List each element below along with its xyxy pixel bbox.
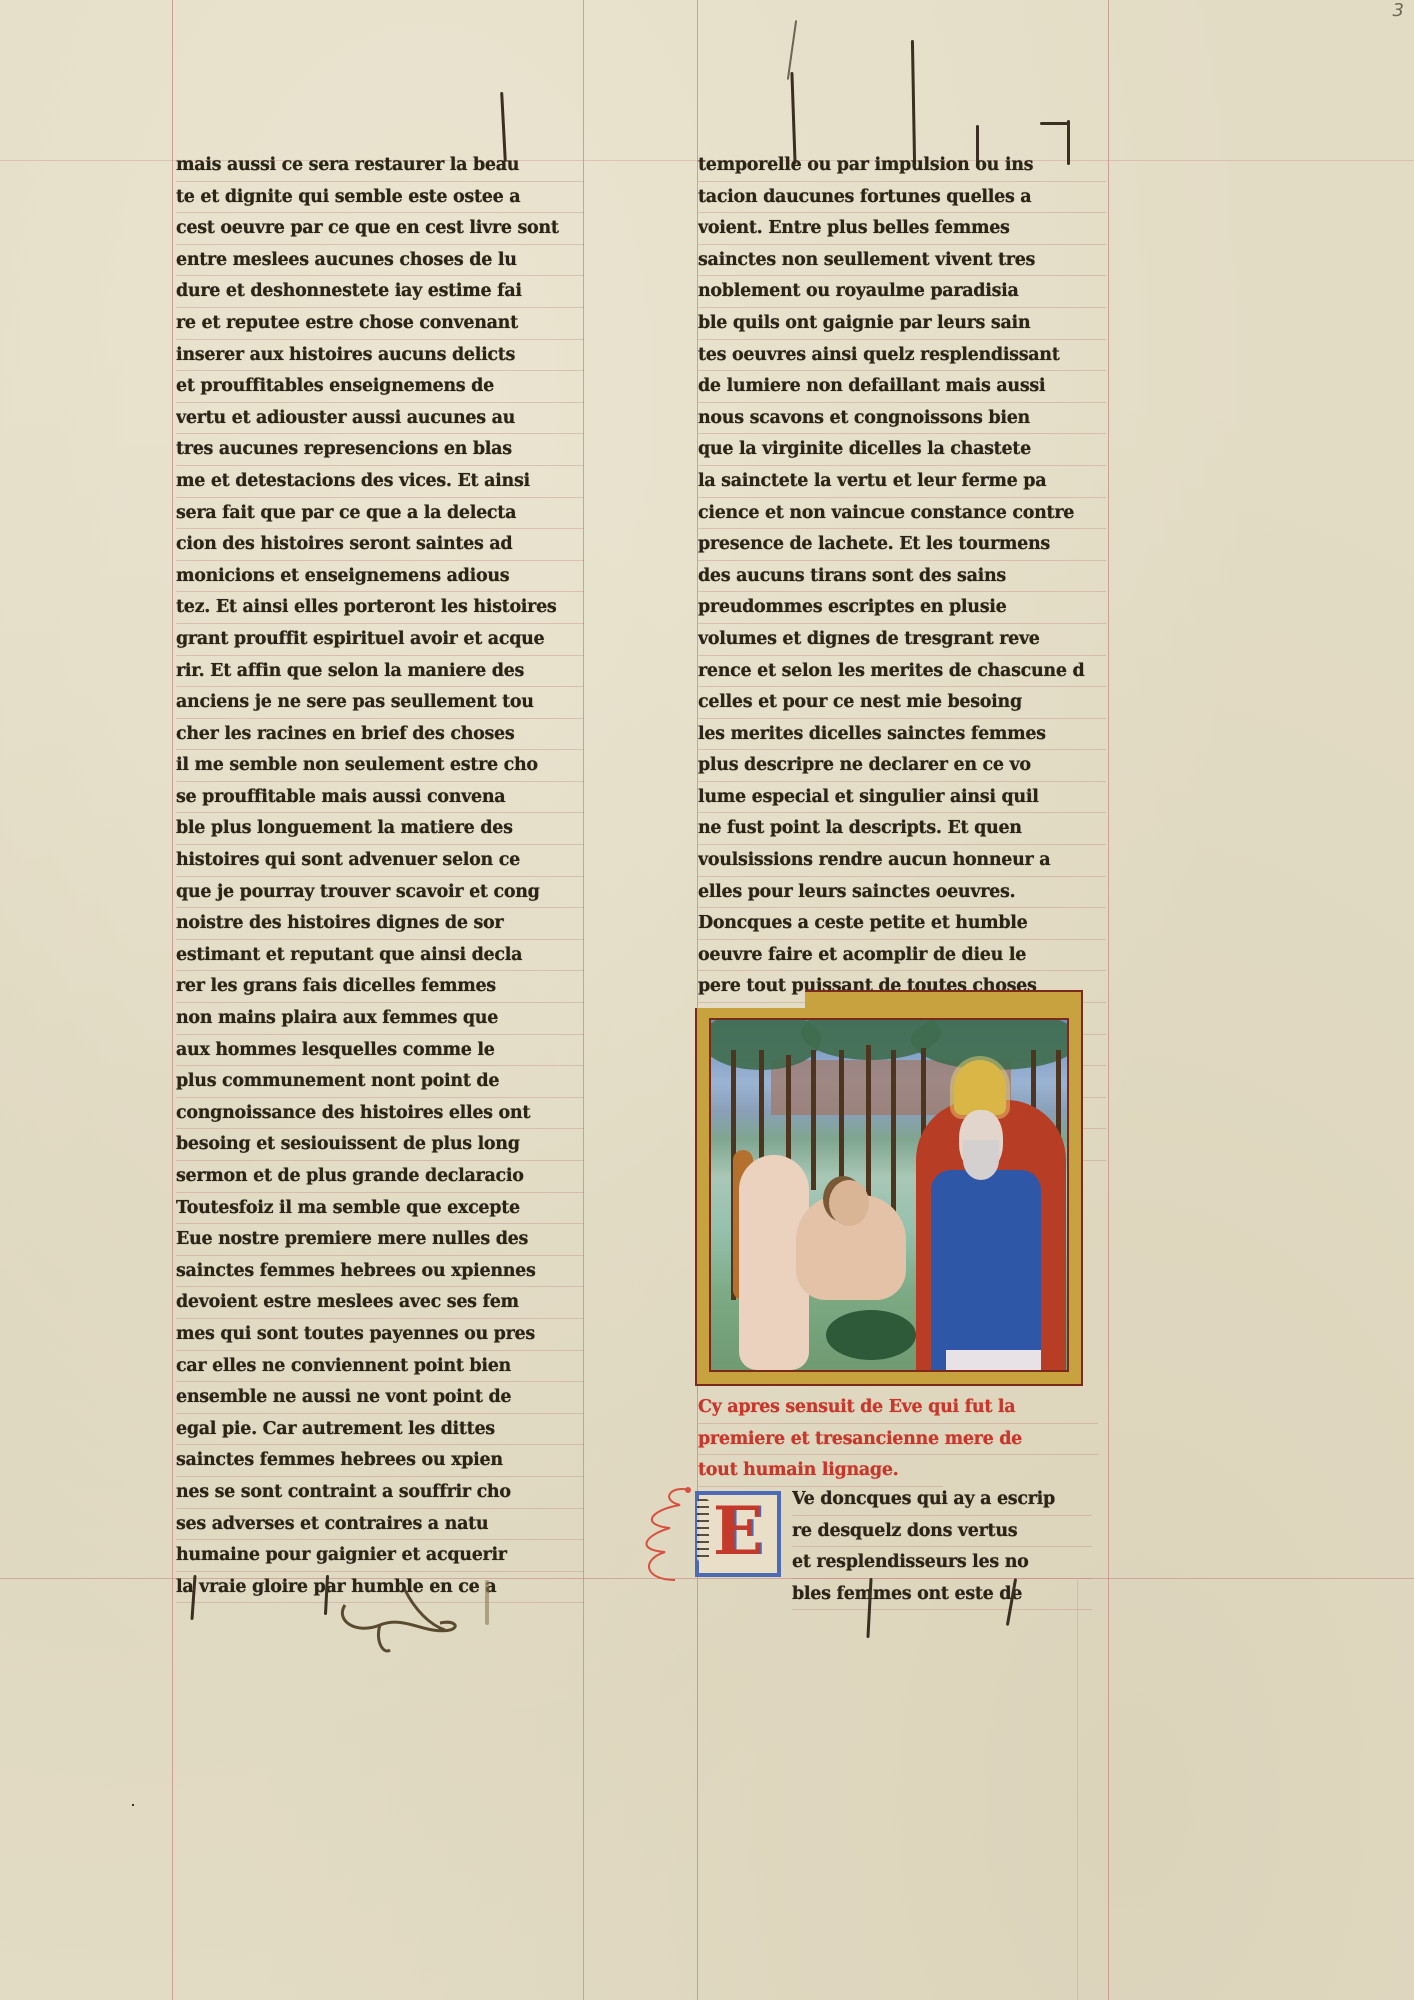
text-line: bles femmes ont este de bbox=[792, 1579, 1092, 1611]
text-line: monicions et enseignemens adious bbox=[176, 561, 584, 593]
text-line: voulsissions rendre aucun honneur a bbox=[698, 845, 1106, 877]
text-line: congnoissance des histoires elles ont bbox=[176, 1098, 584, 1130]
bush bbox=[826, 1310, 916, 1360]
text-line: sainctes non seullement vivent tres bbox=[698, 245, 1106, 277]
text-line: tes oeuvres ainsi quelz resplendissant bbox=[698, 340, 1106, 372]
text-column-left: mais aussi ce sera restaurer la beau te … bbox=[176, 150, 584, 1603]
miniature-scene bbox=[709, 1018, 1069, 1372]
ink-speck bbox=[1010, 1605, 1012, 1607]
text-line: Doncques a ceste petite et humble bbox=[698, 908, 1106, 940]
text-line: plus descripre ne declarer en ce vo bbox=[698, 750, 1106, 782]
text-line: il me semble non seulement estre cho bbox=[176, 750, 584, 782]
rubric-line: tout humain lignage. bbox=[698, 1455, 943, 1487]
text-line: nous scavons et congnoissons bien bbox=[698, 403, 1106, 435]
text-line: dure et deshonnestete iay estime fai bbox=[176, 276, 584, 308]
text-line: aux hommes lesquelles comme le bbox=[176, 1035, 584, 1067]
text-line: rer les grans fais dicelles femmes bbox=[176, 971, 584, 1003]
text-line: celles et pour ce nest mie besoing bbox=[698, 687, 1106, 719]
descender-flourish bbox=[485, 1580, 489, 1625]
text-line: elles pour leurs sainctes oeuvres. bbox=[698, 877, 1106, 909]
text-line: rence et selon les merites de chascune d bbox=[698, 656, 1106, 688]
text-line: tez. Et ainsi elles porteront les histoi… bbox=[176, 592, 584, 624]
text-line: histoires qui sont advenuer selon ce bbox=[176, 845, 584, 877]
god-white-alb bbox=[946, 1350, 1041, 1372]
tree-trunk bbox=[811, 1050, 816, 1190]
text-line: preudommes escriptes en plusie bbox=[698, 592, 1106, 624]
god-beard bbox=[963, 1140, 999, 1180]
tree-trunk bbox=[839, 1050, 844, 1200]
text-line: me et detestacions des vices. Et ainsi bbox=[176, 466, 584, 498]
ink-speck bbox=[132, 1804, 134, 1806]
adam-head bbox=[829, 1180, 869, 1226]
decorated-initial-e: E bbox=[687, 1487, 787, 1579]
text-line: des aucuns tirans sont des sains bbox=[698, 561, 1106, 593]
text-line: et resplendisseurs les no bbox=[792, 1547, 1092, 1579]
ascender-flourish bbox=[787, 20, 797, 80]
text-line: cest oeuvre par ce que en cest livre son… bbox=[176, 213, 584, 245]
text-line: noblement ou royaulme paradisia bbox=[698, 276, 1106, 308]
tree-trunk bbox=[866, 1045, 871, 1215]
text-line: temporelle ou par impulsion ou ins bbox=[698, 150, 1106, 182]
folio-number: 3 bbox=[1393, 0, 1404, 21]
rubric-line: premiere et tresancienne mere de bbox=[698, 1424, 1098, 1456]
text-line: presence de lachete. Et les tourmens bbox=[698, 529, 1106, 561]
ruling-line-left-outer bbox=[172, 0, 173, 2000]
miniature-creation-of-eve bbox=[695, 990, 1083, 1386]
text-line: grant prouffit espirituel avoir et acque bbox=[176, 624, 584, 656]
calligraphic-flourish bbox=[335, 1585, 465, 1660]
text-line: nes se sont contraint a souffrir cho bbox=[176, 1477, 584, 1509]
text-line: ble quils ont gaignie par leurs sain bbox=[698, 308, 1106, 340]
text-line: et prouffitables enseignemens de bbox=[176, 371, 584, 403]
text-line: sera fait que par ce que a la delecta bbox=[176, 498, 584, 530]
text-line: sainctes femmes hebrees ou xpiennes bbox=[176, 1256, 584, 1288]
text-line: noistre des histoires dignes de sor bbox=[176, 908, 584, 940]
text-line: cience et non vaincue constance contre bbox=[698, 498, 1106, 530]
text-line: Ve doncques qui ay a escrip bbox=[792, 1484, 1092, 1516]
text-line: sainctes femmes hebrees ou xpien bbox=[176, 1445, 584, 1477]
ruling-line-margin bbox=[1077, 1580, 1078, 2000]
ascender-flourish bbox=[1040, 122, 1070, 125]
text-line: humaine pour gaignier et acquerir bbox=[176, 1540, 584, 1572]
text-line: devoient estre meslees avec ses fem bbox=[176, 1287, 584, 1319]
text-line: inserer aux histoires aucuns delicts bbox=[176, 340, 584, 372]
text-line: anciens je ne sere pas seullement tou bbox=[176, 687, 584, 719]
text-line: mes qui sont toutes payennes ou pres bbox=[176, 1319, 584, 1351]
text-after-initial: Ve doncques qui ay a escrip re desquelz … bbox=[792, 1484, 1092, 1610]
text-line: re et reputee estre chose convenant bbox=[176, 308, 584, 340]
god-blue-robe bbox=[931, 1170, 1041, 1372]
text-line: rir. Et affin que selon la maniere des bbox=[176, 656, 584, 688]
text-line: vertu et adiouster aussi aucunes au bbox=[176, 403, 584, 435]
text-line: tres aucunes represencions en blas bbox=[176, 434, 584, 466]
papal-tiara bbox=[954, 1060, 1006, 1115]
text-line: besoing et sesiouissent de plus long bbox=[176, 1129, 584, 1161]
text-line: Eue nostre premiere mere nulles des bbox=[176, 1224, 584, 1256]
text-line: re desquelz dons vertus bbox=[792, 1516, 1092, 1548]
text-line: se prouffitable mais aussi convena bbox=[176, 782, 584, 814]
text-line: lume especial et singulier ainsi quil bbox=[698, 782, 1106, 814]
text-line: ensemble ne aussi ne vont point de bbox=[176, 1382, 584, 1414]
text-line: non mains plaira aux femmes que bbox=[176, 1003, 584, 1035]
text-line: les merites dicelles sainctes femmes bbox=[698, 719, 1106, 751]
rubric-line: Cy apres sensuit de Eve qui fut la bbox=[698, 1392, 1098, 1424]
text-line: mais aussi ce sera restaurer la beau bbox=[176, 150, 584, 182]
text-line: Toutesfoiz il ma semble que excepte bbox=[176, 1193, 584, 1225]
ascender-flourish bbox=[911, 40, 916, 165]
text-line: te et dignite qui semble este ostee a bbox=[176, 182, 584, 214]
ruling-line-right-inner bbox=[1108, 0, 1109, 2000]
initial-penwork bbox=[697, 1499, 709, 1561]
text-line: car elles ne conviennent point bien bbox=[176, 1351, 584, 1383]
initial-letter: E bbox=[709, 1495, 767, 1567]
rubric-heading: Cy apres sensuit de Eve qui fut la premi… bbox=[698, 1392, 1098, 1487]
text-line: que la virginite dicelles la chastete bbox=[698, 434, 1106, 466]
text-line: de lumiere non defaillant mais aussi bbox=[698, 371, 1106, 403]
text-line: egal pie. Car autrement les dittes bbox=[176, 1414, 584, 1446]
text-line: volumes et dignes de tresgrant reve bbox=[698, 624, 1106, 656]
text-line: ne fust point la descripts. Et quen bbox=[698, 813, 1106, 845]
text-line: estimant et reputant que ainsi decla bbox=[176, 940, 584, 972]
text-line: oeuvre faire et acomplir de dieu le bbox=[698, 940, 1106, 972]
text-line: ses adverses et contraires a natu bbox=[176, 1509, 584, 1541]
text-line: entre meslees aucunes choses de lu bbox=[176, 245, 584, 277]
text-line: plus communement nont point de bbox=[176, 1066, 584, 1098]
text-line: la sainctete la vertu et leur ferme pa bbox=[698, 466, 1106, 498]
text-line: que je pourray trouver scavoir et cong bbox=[176, 877, 584, 909]
text-line: tacion daucunes fortunes quelles a bbox=[698, 182, 1106, 214]
text-line: cher les racines en brief des choses bbox=[176, 719, 584, 751]
text-line: cion des histoires seront saintes ad bbox=[176, 529, 584, 561]
text-line: ble plus longuement la matiere des bbox=[176, 813, 584, 845]
text-line: sermon et de plus grande declaracio bbox=[176, 1161, 584, 1193]
text-line: voient. Entre plus belles femmes bbox=[698, 213, 1106, 245]
